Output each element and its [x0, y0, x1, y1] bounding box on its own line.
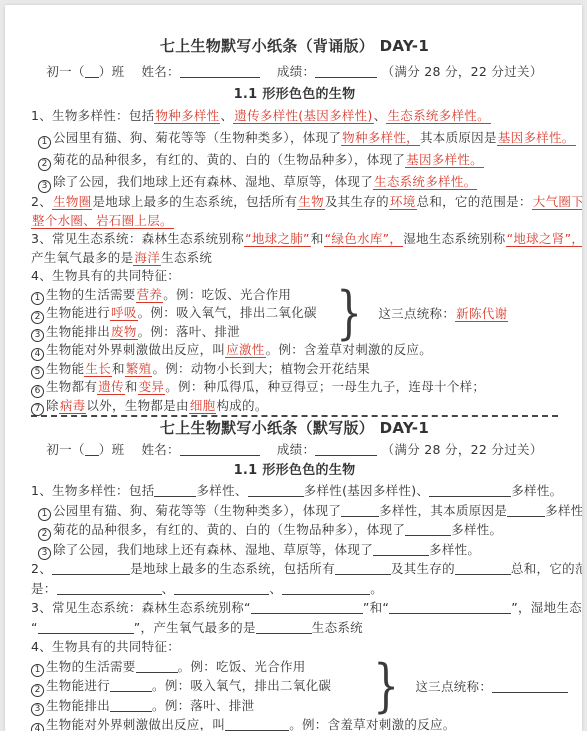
blank-field: [389, 601, 511, 614]
circled-number: 3: [38, 180, 51, 193]
blank-field: [110, 699, 152, 712]
text-line: 3、常见生态系统：森林生态系统别称“”和“”，湿地生态系统别称: [31, 598, 558, 618]
brace-group: }这三点统称：新陈代谢: [332, 285, 508, 340]
text-line: 6生物都有遗传和变异。例：种瓜得瓜，种豆得豆；一母生九子，连母十个样；: [31, 378, 558, 397]
blank-field: [341, 504, 379, 517]
text-run: （满分 28 分，22 分过关）: [377, 442, 542, 457]
section-dictation-version: 七上生物默写小纸条（默写版） DAY-1初一（）班 姓名： 成绩： （满分 28…: [31, 417, 558, 731]
text-run: 。例：吸入氧气，排出二氧化碳: [152, 678, 331, 693]
blank-field: [225, 718, 289, 731]
text-line: 5生物能生长和繁殖。例：动物小长到大；植物会开花结果: [31, 360, 558, 379]
text-run: 。例：种瓜得瓜，种豆得豆；一母生九子，连母十个样；: [165, 379, 485, 394]
text-run: 菊花的品种很多，有红的、黄的、白的（生物品种多），体现了: [53, 152, 405, 167]
circled-number: 2: [31, 311, 44, 324]
text-run: 。例：吃饭、光合作用: [178, 659, 306, 674]
text-run: 是：: [31, 581, 57, 596]
text-run: 1.1 形形色色的生物: [234, 463, 356, 478]
text-run: 2、: [31, 561, 52, 576]
blank-field: [256, 621, 312, 634]
text-line: 4、生物具有的共同特征：: [31, 267, 558, 286]
curly-brace-icon: }: [373, 658, 399, 715]
text-run: 生物能对外界刺激做出反应，叫: [46, 717, 225, 731]
text-run: 2、: [31, 194, 52, 209]
text-run: 、: [220, 108, 233, 123]
circled-number: 4: [31, 723, 44, 731]
text-run: ）班 姓名：: [99, 442, 180, 457]
answer-text: 病毒: [59, 398, 87, 414]
text-line: 7除病毒以外，生物都是由细胞构成的。: [31, 397, 558, 416]
blank-field: [335, 562, 391, 575]
text-run: 4、生物具有的共同特征：: [31, 268, 180, 283]
circled-number: 6: [31, 385, 44, 398]
text-run: 多样性，其本质原因是: [379, 503, 507, 518]
text-run: 除了公园，我们地球上还有森林、湿地、草原等，体现了: [53, 174, 373, 189]
blank-field: [282, 582, 370, 595]
blank-field: [52, 562, 130, 575]
text-run: 和: [112, 361, 125, 376]
text-run: 多样性。: [429, 542, 480, 557]
text-run: 。: [370, 581, 383, 596]
answer-text: 遗传多样性(基因多样性): [233, 108, 373, 124]
answer-text: 繁殖: [125, 361, 153, 377]
text-line: 整个水圈、岩石圈上层。: [31, 212, 558, 231]
blank-field: [507, 504, 545, 517]
text-run: 七上生物默写小纸条（默写版） DAY-1: [160, 419, 429, 437]
section-subtitle: 1.1 形形色色的生物: [31, 461, 558, 481]
text-run: 1.1 形形色色的生物: [234, 87, 356, 102]
circled-number: 4: [31, 348, 44, 361]
text-run: 总和，它的范围是：: [417, 194, 532, 209]
text-run: 初一（: [46, 64, 84, 79]
text-line: 1、生物多样性：包括物种多样性、遗传多样性(基因多样性)、生态系统多样性。: [31, 105, 558, 127]
document-page: 七上生物默写小纸条（背诵版） DAY-1初一（）班 姓名： 成绩： （满分 28…: [5, 5, 582, 731]
blank-field: [38, 621, 134, 634]
text-run: 。例：吃饭、光合作用: [163, 287, 291, 302]
blank-field: [154, 484, 196, 497]
text-run: 4、生物具有的共同特征：: [31, 639, 180, 654]
text-run: 1、生物多样性：包括: [31, 108, 154, 123]
answer-text: 生物: [297, 194, 325, 210]
text-run: 和: [125, 379, 138, 394]
text-run: 以外，生物都是由: [86, 398, 188, 413]
blank-field: [315, 443, 377, 456]
text-run: 生物能排出: [46, 324, 110, 339]
text-run: 、: [374, 108, 387, 123]
text-run: 。例：动物小长到大；植物会开花结果: [152, 361, 370, 376]
text-run: 生物能: [46, 361, 84, 376]
brace-note: 这三点统称：: [415, 677, 568, 695]
text-run: 。例：落叶、排泄: [138, 324, 240, 339]
text-run: 、: [269, 581, 282, 596]
circled-number: 2: [38, 528, 51, 541]
answer-text: “地球之肾”，: [506, 231, 582, 247]
text-run: 多样性、: [196, 483, 247, 498]
answer-text: 新陈代谢: [455, 306, 508, 322]
text-run: 3、常见生态系统：森林生态系统别称: [31, 231, 244, 246]
brace-group: }这三点统称：: [369, 657, 568, 715]
text-run: （满分 28 分，22 分过关）: [377, 64, 542, 79]
blank-field: [180, 443, 260, 456]
text-run: 生物的生活需要: [46, 287, 136, 302]
text-line: “”，产生氧气最多的是生态系统: [31, 618, 558, 638]
text-run: 是地球上最多的生态系统，包括所有: [130, 561, 335, 576]
text-run: ”，湿地生态系统别称: [511, 600, 582, 615]
text-line: 4生物能对外界刺激做出反应，叫应激性。例：含羞草对刺激的反应。: [31, 341, 558, 360]
answer-text: 物种多样性: [154, 108, 220, 124]
blank-field: [85, 65, 99, 78]
text-run: 构成的。: [216, 398, 267, 413]
text-run: 生物都有: [46, 379, 97, 394]
text-run: 生物能对外界刺激做出反应，叫: [46, 342, 225, 357]
text-run: 这三点统称：: [415, 679, 492, 694]
text-run: 产生氧气最多的是: [31, 250, 133, 265]
text-run: ）班 姓名：: [99, 64, 180, 79]
text-run: 、: [162, 581, 175, 596]
text-run: 。例：吸入氧气，排出二氧化碳: [138, 305, 317, 320]
text-run: 生态系统: [161, 250, 212, 265]
text-run: 多样性(基因多样性)、: [304, 483, 430, 498]
answer-text: 物种多样性，: [341, 130, 420, 146]
blank-field: [180, 65, 260, 78]
blank-field: [174, 582, 269, 595]
text-line: 1公园里有猫、狗、菊花等等（生物种类多），体现了物种多样性，其本质原因是基因多样…: [31, 127, 558, 149]
text-run: ”和“: [363, 600, 389, 615]
text-run: 是地球上最多的生态系统，包括所有: [92, 194, 297, 209]
curly-brace-icon: }: [336, 284, 362, 341]
text-run: 生态系统: [312, 620, 363, 635]
answer-text: 变异: [138, 379, 166, 395]
text-run: 生物能进行: [46, 678, 110, 693]
text-line: 是：、、。: [31, 579, 558, 599]
answer-text: 环境: [389, 194, 417, 210]
text-run: 。例：落叶、排泄: [152, 698, 254, 713]
text-run: 生物的生活需要: [46, 659, 136, 674]
text-line: 3、常见生态系统：森林生态系统别称“地球之肺”和“绿色水库”，湿地生态系统别称“…: [31, 230, 558, 249]
text-run: 生物能进行: [46, 305, 110, 320]
section-title: 七上生物默写小纸条（背诵版） DAY-1: [31, 33, 558, 59]
text-line: 2菊花的品种很多，有红的、黄的、白的（生物品种多），体现了基因多样性。: [31, 149, 558, 171]
circled-number: 7: [31, 403, 44, 416]
blank-field: [492, 680, 568, 693]
answer-text: “地球之肺”: [244, 231, 311, 247]
answer-text: 细胞: [189, 398, 217, 414]
answer-text: 生长: [84, 361, 112, 377]
text-run: 菊花的品种很多，有红的、黄的、白的（生物品种多），体现了: [53, 522, 405, 537]
text-line: 2菊花的品种很多，有红的、黄的、白的（生物品种多），体现了多样性。: [31, 520, 558, 540]
text-run: 成绩：: [260, 64, 315, 79]
text-run: 1、生物多样性：包括: [31, 483, 154, 498]
text-run: 和: [311, 231, 324, 246]
text-run: 3、常见生态系统：森林生态系统别称“: [31, 600, 251, 615]
answer-text: 生物圈: [52, 194, 92, 210]
text-run: 及其生存的: [325, 194, 389, 209]
answer-text: 大气圈下层、: [532, 194, 582, 210]
text-run: 除了公园，我们地球上还有森林、湿地、草原等，体现了: [53, 542, 373, 557]
blank-field: [248, 484, 304, 497]
section-title: 七上生物默写小纸条（默写版） DAY-1: [31, 417, 558, 439]
circled-number: 2: [38, 158, 51, 171]
answer-text: 呼吸: [110, 305, 138, 321]
text-line: 1公园里有猫、狗、菊花等等（生物种类多），体现了多样性，其本质原因是多样性。: [31, 501, 558, 521]
blank-field: [373, 543, 429, 556]
class-name-score-header: 初一（）班 姓名： 成绩： （满分 28 分，22 分过关）: [31, 59, 558, 85]
text-run: 及其生存的: [391, 561, 455, 576]
text-run: 成绩：: [260, 442, 315, 457]
answer-text: 海洋: [133, 250, 161, 266]
text-line: 3除了公园，我们地球上还有森林、湿地、草原等，体现了多样性。: [31, 540, 558, 560]
text-run: 七上生物默写小纸条（背诵版） DAY-1: [160, 37, 429, 55]
circled-number: 2: [31, 684, 44, 697]
blank-field: [136, 660, 178, 673]
blank-field: [251, 601, 363, 614]
text-run: 其本质原因是: [420, 130, 497, 145]
text-run: 多样性。: [545, 503, 582, 518]
text-run: 多样性。: [511, 483, 562, 498]
answer-text: 基因多样性。: [405, 152, 484, 168]
answer-text: 遗传: [97, 379, 125, 395]
text-line: 4、生物具有的共同特征：: [31, 637, 558, 657]
blank-field: [405, 523, 451, 536]
text-run: 多样性。: [451, 522, 502, 537]
answer-text: 生态系统多样性。: [373, 174, 477, 190]
blank-field: [455, 562, 511, 575]
answer-text: 基因多样性。: [497, 130, 576, 146]
text-line: 1、生物多样性：包括多样性、多样性(基因多样性)、多样性。: [31, 481, 558, 501]
blank-field: [110, 679, 152, 692]
blank-field: [315, 65, 377, 78]
answer-text: 整个水圈、岩石圈上层。: [31, 213, 174, 229]
text-line: 4生物能对外界刺激做出反应，叫。例：含羞草对刺激的反应。: [31, 715, 558, 731]
text-run: “: [31, 620, 38, 635]
answer-text: 应激性: [225, 342, 265, 358]
text-run: 。例：含羞草对刺激的反应。: [289, 717, 455, 731]
text-run: 公园里有猫、狗、菊花等等（生物种类多），体现了: [53, 130, 341, 145]
circled-number: 1: [38, 136, 51, 149]
class-name-score-header: 初一（）班 姓名： 成绩： （满分 28 分，22 分过关）: [31, 439, 558, 461]
section-subtitle: 1.1 形形色色的生物: [31, 85, 558, 105]
answer-text: 废物: [110, 324, 138, 340]
blank-field: [57, 582, 162, 595]
text-run: ”，产生氧气最多的是: [134, 620, 256, 635]
blank-field: [429, 484, 511, 497]
text-run: 这三点统称：: [378, 306, 455, 321]
text-run: 生物能排出: [46, 698, 110, 713]
text-run: 除: [46, 398, 59, 413]
text-run: 初一（: [46, 442, 84, 457]
text-run: 总和，它的范围: [511, 561, 582, 576]
text-line: 2、是地球上最多的生态系统，包括所有及其生存的总和，它的范围: [31, 559, 558, 579]
text-run: 湿地生态系统别称: [403, 231, 505, 246]
text-line: 3除了公园，我们地球上还有森林、湿地、草原等，体现了生态系统多样性。: [31, 171, 558, 193]
text-run: 公园里有猫、狗、菊花等等（生物种类多），体现了: [53, 503, 341, 518]
answer-text: 营养: [136, 287, 164, 303]
text-line: 2、生物圈是地球上最多的生态系统，包括所有生物及其生存的环境总和，它的范围是：大…: [31, 193, 558, 212]
text-line: 产生氧气最多的是海洋生态系统: [31, 249, 558, 268]
answer-text: “绿色水库”，: [324, 231, 404, 247]
brace-note: 这三点统称：新陈代谢: [378, 304, 508, 322]
blank-field: [85, 443, 99, 456]
section-recite-version: 七上生物默写小纸条（背诵版） DAY-1初一（）班 姓名： 成绩： （满分 28…: [31, 5, 558, 415]
answer-text: 生态系统多样性。: [386, 108, 490, 124]
